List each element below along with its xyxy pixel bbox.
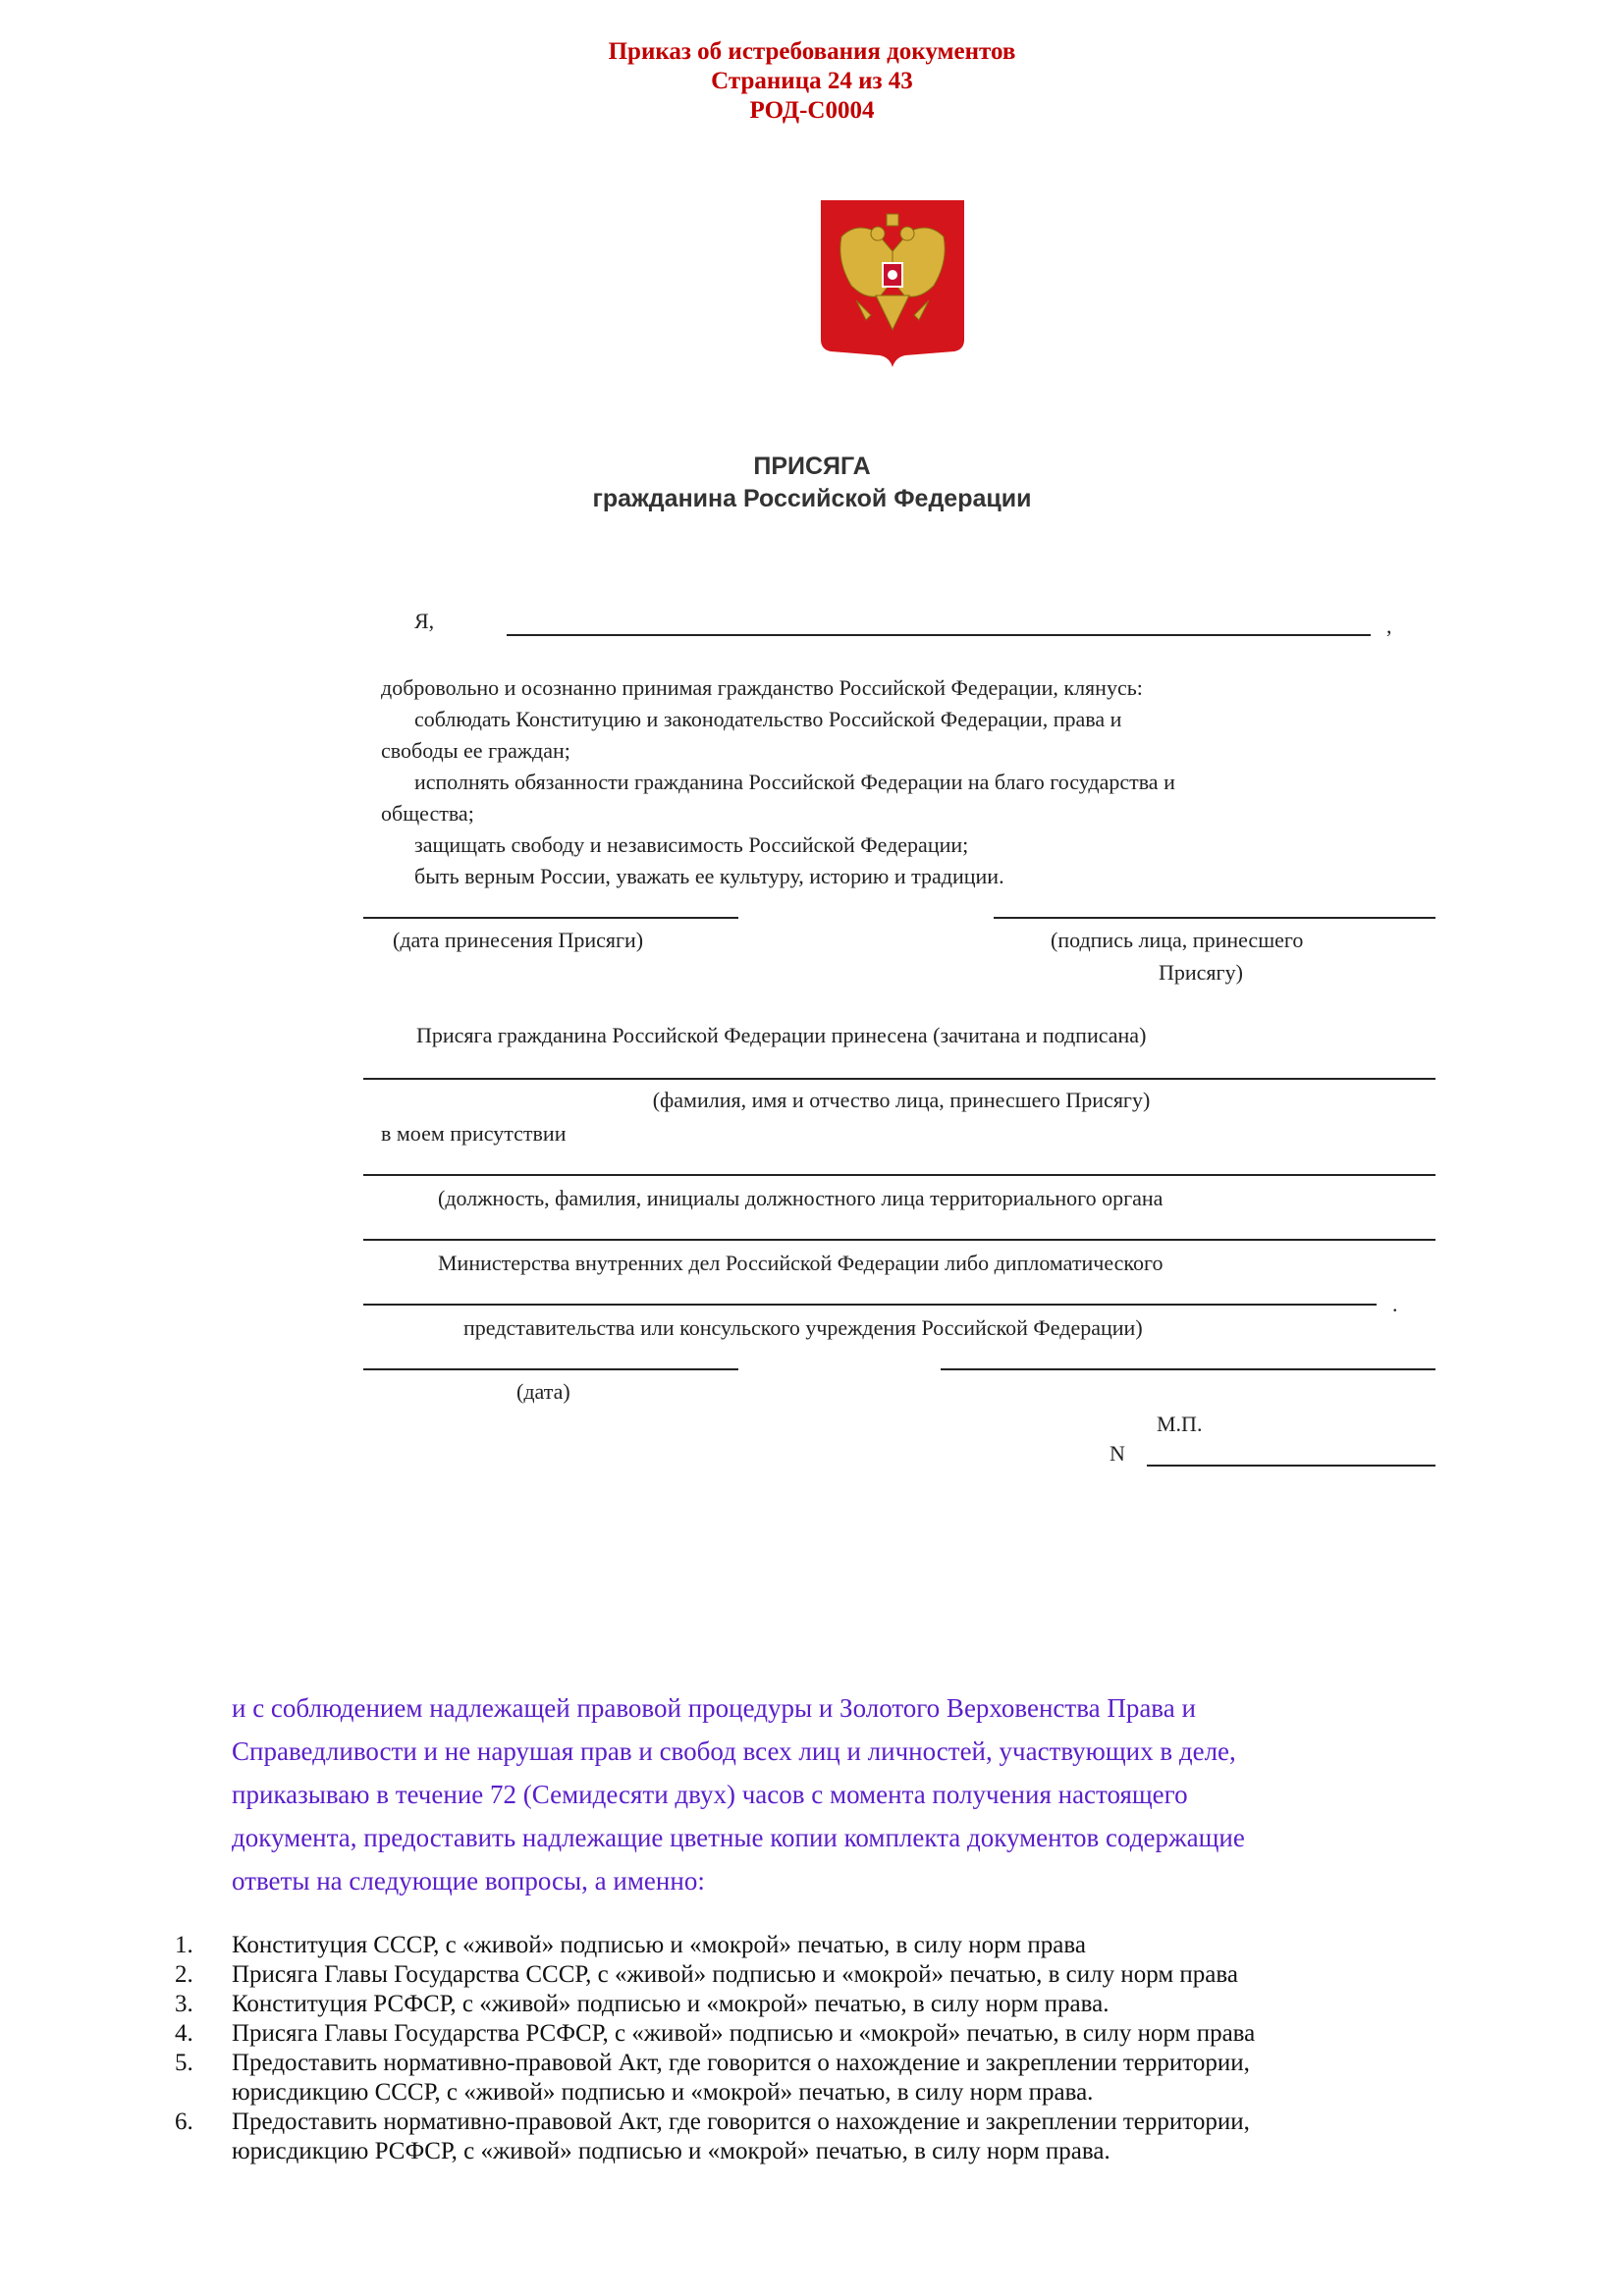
list-item-number: 5. bbox=[175, 2049, 232, 2108]
presence-text: в моем присутствии bbox=[381, 1121, 566, 1147]
list-item-text: юрисдикцию СССР, с «живой» подписью и «м… bbox=[232, 2078, 1250, 2108]
number-line bbox=[1147, 1465, 1435, 1467]
oath-i-trailing: , bbox=[1386, 614, 1392, 639]
oath-text-line: защищать свободу и независимость Российс… bbox=[414, 832, 968, 858]
official-line-2 bbox=[363, 1239, 1435, 1241]
oath-subtitle: гражданина Российской Федерации bbox=[0, 481, 1624, 516]
oath-date-line bbox=[363, 917, 738, 919]
list-item-text: Предоставить нормативно-правовой Акт, гд… bbox=[232, 2108, 1250, 2137]
official-line-dot: . bbox=[1392, 1292, 1398, 1317]
oath-signature-caption: (подпись лица, принесшего bbox=[1051, 928, 1303, 953]
oath-date-caption: (дата принесения Присяги) bbox=[393, 928, 643, 953]
oath-text-line: общества; bbox=[381, 801, 474, 827]
list-item-number: 2. bbox=[175, 1960, 232, 1990]
list-item-number: 6. bbox=[175, 2108, 232, 2166]
oath-taken-text: Присяга гражданина Российской Федерации … bbox=[416, 1023, 1146, 1048]
date-caption: (дата) bbox=[516, 1379, 570, 1405]
list-item-text: юрисдикцию РСФСР, с «живой» подписью и «… bbox=[232, 2137, 1250, 2166]
official-caption-1: (должность, фамилия, инициалы должностно… bbox=[438, 1186, 1163, 1211]
oath-signature-caption-cont: Присягу) bbox=[1159, 960, 1243, 986]
name-blank-line bbox=[507, 634, 1371, 636]
oath-text-line: быть верным России, уважать ее культуру,… bbox=[414, 864, 1004, 889]
oath-signature-line bbox=[994, 917, 1435, 919]
list-item: 1. Конституция СССР, с «живой» подписью … bbox=[175, 1931, 1549, 1960]
list-item-text: Присяга Главы Государства РСФСР, с «живо… bbox=[232, 2019, 1255, 2049]
list-item: 3. Конституция РСФСР, с «живой» подписью… bbox=[175, 1990, 1549, 2019]
list-item-text: Предоставить нормативно-правовой Акт, гд… bbox=[232, 2049, 1250, 2078]
header-document-code: РОД-С0004 bbox=[0, 96, 1624, 126]
official-caption-3: представительства или консульского учреж… bbox=[463, 1315, 1143, 1341]
order-line: Справедливости и не нарушая прав и свобо… bbox=[232, 1730, 1508, 1773]
header-title: Приказ об истребования документов bbox=[0, 37, 1624, 67]
order-line: ответы на следующие вопросы, а именно: bbox=[232, 1859, 1508, 1902]
order-line: документа, предоставить надлежащие цветн… bbox=[232, 1816, 1508, 1859]
oath-heading: ПРИСЯГА гражданина Российской Федерации bbox=[0, 452, 1624, 516]
list-item: 6. Предоставить нормативно-правовой Акт,… bbox=[175, 2108, 1549, 2166]
date-line bbox=[363, 1368, 738, 1370]
number-label: N bbox=[1110, 1441, 1125, 1467]
list-item: 5. Предоставить нормативно-правовой Акт,… bbox=[175, 2049, 1549, 2108]
order-line: приказываю в течение 72 (Семидесяти двух… bbox=[232, 1773, 1508, 1816]
header-page-number: Страница 24 из 43 bbox=[0, 67, 1624, 96]
document-header: Приказ об истребования документов Страни… bbox=[0, 37, 1624, 126]
list-item-number: 4. bbox=[175, 2019, 232, 2049]
list-item: 2. Присяга Главы Государства СССР, с «жи… bbox=[175, 1960, 1549, 1990]
oath-text-line: свободы ее граждан; bbox=[381, 738, 570, 764]
list-item-number: 1. bbox=[175, 1931, 232, 1960]
oath-title: ПРИСЯГА bbox=[0, 452, 1624, 481]
list-item-text: Конституция РСФСР, с «живой» подписью и … bbox=[232, 1990, 1109, 2019]
oath-text-line: соблюдать Конституцию и законодательство… bbox=[414, 707, 1121, 732]
fio-caption: (фамилия, имя и отчество лица, принесшег… bbox=[0, 1088, 1624, 1113]
requests-list: 1. Конституция СССР, с «живой» подписью … bbox=[175, 1931, 1549, 2166]
official-line-3 bbox=[363, 1304, 1377, 1306]
order-line: и с соблюдением надлежащей правовой проц… bbox=[232, 1686, 1508, 1730]
oath-text-line: исполнять обязанности гражданина Российс… bbox=[414, 770, 1175, 795]
official-line-1 bbox=[363, 1174, 1435, 1176]
russian-coat-of-arms-icon bbox=[817, 192, 968, 369]
list-item-text: Конституция СССР, с «живой» подписью и «… bbox=[232, 1931, 1086, 1960]
list-item: 4. Присяга Главы Государства РСФСР, с «ж… bbox=[175, 2019, 1549, 2049]
oath-text-line: добровольно и осознанно принимая граждан… bbox=[381, 675, 1143, 701]
list-item-text: Присяга Главы Государства СССР, с «живой… bbox=[232, 1960, 1238, 1990]
stamp-label: М.П. bbox=[1157, 1412, 1202, 1437]
list-item-number: 3. bbox=[175, 1990, 232, 2019]
official-signature-line bbox=[941, 1368, 1435, 1370]
oath-i-label: Я, bbox=[414, 609, 434, 634]
official-caption-2: Министерства внутренних дел Российской Ф… bbox=[438, 1251, 1163, 1276]
fio-line bbox=[363, 1078, 1435, 1080]
order-paragraph: и с соблюдением надлежащей правовой проц… bbox=[232, 1686, 1508, 1902]
